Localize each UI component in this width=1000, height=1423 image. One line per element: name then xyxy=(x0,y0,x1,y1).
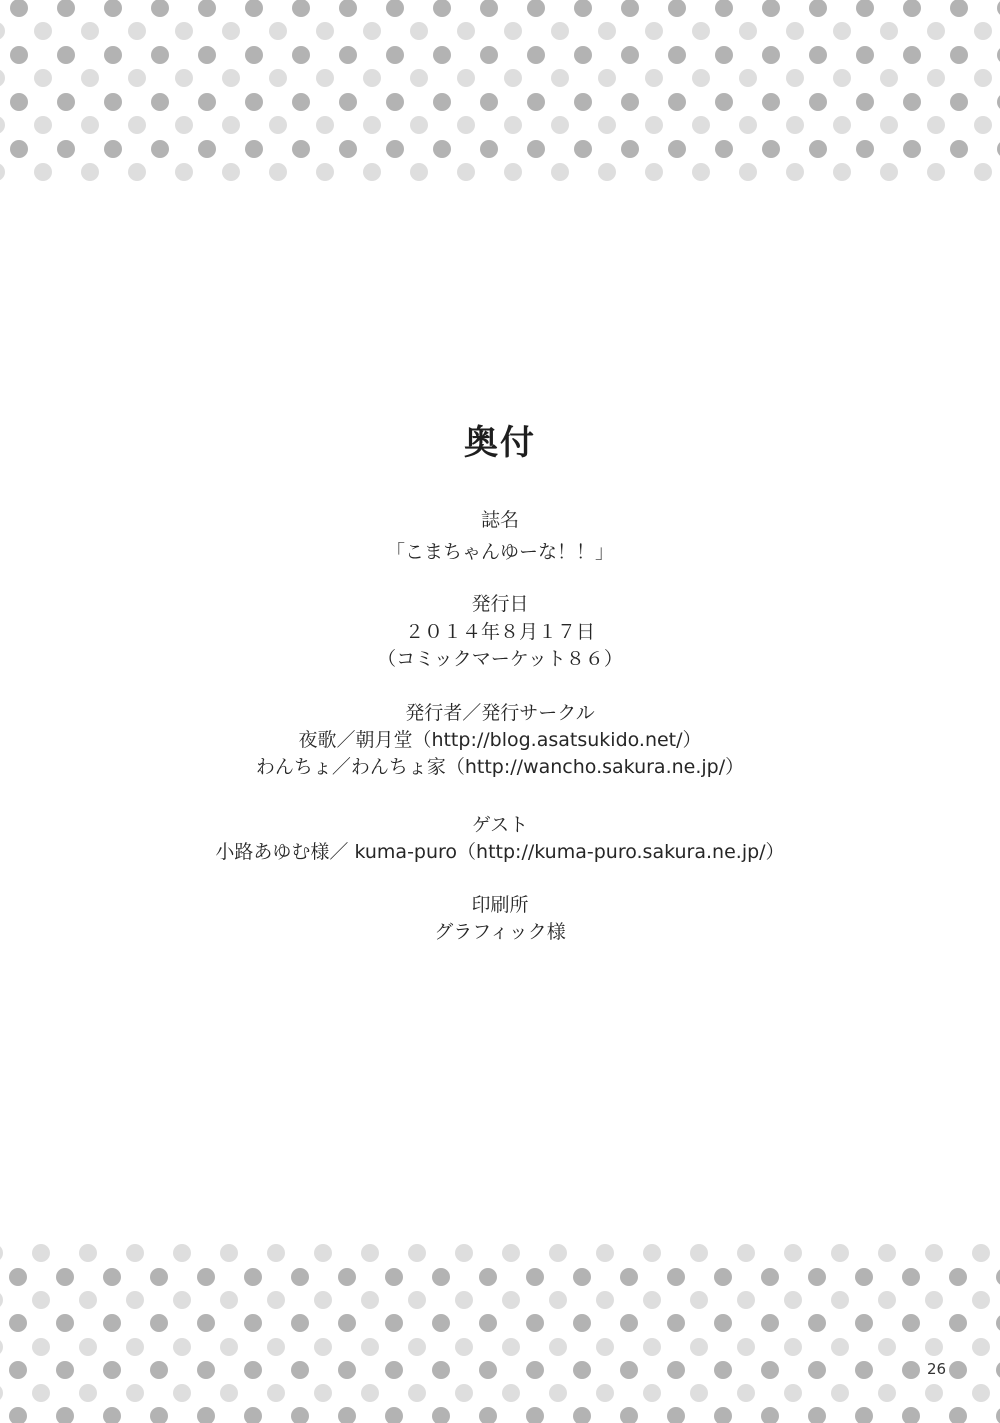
polka-dot xyxy=(150,1361,168,1379)
polka-dot xyxy=(433,0,451,17)
polka-dot xyxy=(903,0,921,17)
polka-dot xyxy=(949,1314,967,1332)
polka-dot xyxy=(596,1338,614,1356)
polka-dot xyxy=(197,1361,215,1379)
polka-dot xyxy=(502,1244,520,1262)
polka-dot xyxy=(715,93,733,111)
polka-dot xyxy=(410,69,428,87)
polka-dot xyxy=(972,1384,990,1402)
polka-dot xyxy=(880,22,898,40)
publisher-line: わんちょ／わんちょ家（http://wancho.sakura.ne.jp/） xyxy=(0,752,1000,779)
polka-dot xyxy=(925,1338,943,1356)
polka-dot xyxy=(81,69,99,87)
polka-dot xyxy=(880,163,898,181)
polka-dot xyxy=(714,1314,732,1332)
polka-dot xyxy=(668,0,686,17)
polka-dot xyxy=(0,116,5,134)
polka-dot xyxy=(126,1338,144,1356)
polka-dot xyxy=(737,1244,755,1262)
page-title: 奥付 xyxy=(0,415,1000,464)
polka-dot xyxy=(831,1291,849,1309)
polka-dot xyxy=(222,163,240,181)
polka-dot xyxy=(32,1291,50,1309)
polka-dot xyxy=(386,140,404,158)
polka-dot xyxy=(244,1361,262,1379)
polka-dot xyxy=(175,69,193,87)
polka-dot xyxy=(667,1361,685,1379)
polka-dot xyxy=(385,1407,403,1423)
polka-dot xyxy=(151,140,169,158)
polka-dot xyxy=(244,1407,262,1423)
polka-dot xyxy=(314,1384,332,1402)
polka-dot xyxy=(151,93,169,111)
polka-dot xyxy=(9,1268,27,1286)
polka-dot xyxy=(878,1384,896,1402)
polka-dot xyxy=(878,1244,896,1262)
polka-dot xyxy=(574,140,592,158)
polka-dot xyxy=(81,116,99,134)
polka-dot xyxy=(220,1338,238,1356)
polka-dot xyxy=(479,1314,497,1332)
polka-dot xyxy=(292,140,310,158)
polka-dot xyxy=(620,1314,638,1332)
polka-dot xyxy=(386,46,404,64)
polka-dot xyxy=(457,116,475,134)
polka-dot xyxy=(291,1314,309,1332)
polka-dot xyxy=(10,46,28,64)
polka-dot xyxy=(104,0,122,17)
polka-dot xyxy=(480,140,498,158)
polka-dot xyxy=(526,1361,544,1379)
polka-dot xyxy=(128,116,146,134)
polka-dot xyxy=(784,1338,802,1356)
polka-dot xyxy=(385,1268,403,1286)
polka-dot xyxy=(244,1314,262,1332)
polka-dot xyxy=(527,140,545,158)
polka-dot xyxy=(667,1407,685,1423)
polka-dot xyxy=(645,69,663,87)
polka-dot xyxy=(222,22,240,40)
polka-dot xyxy=(831,1338,849,1356)
polka-dot xyxy=(9,1361,27,1379)
polka-dot xyxy=(502,1338,520,1356)
polka-dot xyxy=(715,140,733,158)
polka-dot xyxy=(81,163,99,181)
polka-dot xyxy=(903,46,921,64)
polka-dot xyxy=(739,163,757,181)
polka-dot xyxy=(856,93,874,111)
polka-dot xyxy=(880,69,898,87)
polka-dot xyxy=(974,22,992,40)
polka-dot xyxy=(809,46,827,64)
polka-dot xyxy=(314,1291,332,1309)
polka-dot xyxy=(596,1291,614,1309)
polka-dot xyxy=(856,46,874,64)
polka-dot xyxy=(198,140,216,158)
polka-dot xyxy=(198,0,216,17)
polka-dot xyxy=(831,1384,849,1402)
polka-dot xyxy=(786,116,804,134)
polka-dot xyxy=(902,1314,920,1332)
polka-dot xyxy=(643,1291,661,1309)
polka-dot xyxy=(432,1407,450,1423)
polka-dot xyxy=(596,1244,614,1262)
polka-dot xyxy=(739,22,757,40)
polka-dot xyxy=(457,163,475,181)
polka-dot xyxy=(10,0,28,17)
polka-dot xyxy=(502,1384,520,1402)
polka-dot xyxy=(573,1268,591,1286)
polka-dot xyxy=(855,1407,873,1423)
polka-dot xyxy=(197,1407,215,1423)
polka-dot xyxy=(574,46,592,64)
polka-dot xyxy=(314,1338,332,1356)
printer-label: 印刷所 xyxy=(0,890,1000,917)
polka-dot xyxy=(925,1384,943,1402)
polka-dot xyxy=(809,140,827,158)
polka-dot xyxy=(974,69,992,87)
polka-dot xyxy=(480,93,498,111)
polka-dot xyxy=(0,1291,3,1309)
polka-dot xyxy=(598,69,616,87)
polka-dot xyxy=(57,46,75,64)
polka-dot xyxy=(56,1407,74,1423)
polka-dot xyxy=(667,1268,685,1286)
polka-dot xyxy=(950,0,968,17)
polka-dot xyxy=(432,1361,450,1379)
publisher-label: 発行者／発行サークル xyxy=(0,698,1000,725)
polka-dot xyxy=(79,1244,97,1262)
polka-dot xyxy=(151,0,169,17)
polka-dot xyxy=(10,93,28,111)
polka-dot xyxy=(950,93,968,111)
polka-dot xyxy=(855,1314,873,1332)
polka-dot xyxy=(526,1407,544,1423)
polka-dot xyxy=(104,140,122,158)
polka-dot xyxy=(433,46,451,64)
polka-dot xyxy=(339,0,357,17)
magazine-value: 「こまちゃんゆーな！！」 xyxy=(0,537,1000,564)
polka-dot xyxy=(786,69,804,87)
polka-dot xyxy=(927,22,945,40)
polka-dot xyxy=(79,1384,97,1402)
polka-dot xyxy=(972,1291,990,1309)
issue-event: （コミックマーケット８６） xyxy=(0,644,1000,671)
polka-dot xyxy=(173,1244,191,1262)
polka-dot xyxy=(198,46,216,64)
polka-dot xyxy=(856,140,874,158)
polka-dot xyxy=(81,22,99,40)
polka-dot xyxy=(668,46,686,64)
polka-dot xyxy=(527,0,545,17)
polka-dot xyxy=(996,1314,1000,1332)
polka-dot xyxy=(762,93,780,111)
polka-dot xyxy=(339,93,357,111)
polka-dot xyxy=(220,1384,238,1402)
polka-dot xyxy=(596,1384,614,1402)
polka-dot xyxy=(363,22,381,40)
polka-dot xyxy=(692,116,710,134)
polka-dot xyxy=(762,0,780,17)
polka-dot xyxy=(338,1407,356,1423)
polka-dot xyxy=(151,46,169,64)
polka-dot xyxy=(198,93,216,111)
polka-dot xyxy=(949,1407,967,1423)
polka-dot xyxy=(479,1268,497,1286)
polka-dot xyxy=(455,1244,473,1262)
polka-dot xyxy=(408,1384,426,1402)
polka-dot xyxy=(737,1384,755,1402)
polka-dot xyxy=(316,22,334,40)
polka-dot xyxy=(574,93,592,111)
polka-dot xyxy=(620,1361,638,1379)
polka-dot xyxy=(855,1361,873,1379)
polka-dot xyxy=(103,1407,121,1423)
polka-dot xyxy=(455,1384,473,1402)
polka-dot xyxy=(363,69,381,87)
polka-dot xyxy=(574,0,592,17)
polka-dot xyxy=(363,116,381,134)
polka-dot xyxy=(645,163,663,181)
polka-dot xyxy=(34,163,52,181)
polka-dot xyxy=(784,1291,802,1309)
polka-dot xyxy=(410,163,428,181)
polka-dot xyxy=(0,1244,3,1262)
polka-dot xyxy=(433,140,451,158)
polka-dot xyxy=(996,1361,1000,1379)
polka-dot xyxy=(833,69,851,87)
polka-dot xyxy=(739,69,757,87)
polka-dot xyxy=(269,116,287,134)
page-number: 26 xyxy=(925,1360,948,1378)
polka-dot xyxy=(269,69,287,87)
polka-dot xyxy=(57,140,75,158)
polka-dot xyxy=(338,1314,356,1332)
polka-dot xyxy=(833,116,851,134)
polka-dot xyxy=(878,1338,896,1356)
polka-dot xyxy=(175,22,193,40)
polka-dot xyxy=(902,1407,920,1423)
polka-dot xyxy=(526,1268,544,1286)
polka-dot xyxy=(34,69,52,87)
polka-dot xyxy=(549,1384,567,1402)
polka-dot xyxy=(0,1338,3,1356)
polka-dot xyxy=(410,22,428,40)
polka-dot xyxy=(551,69,569,87)
polka-dot xyxy=(972,1338,990,1356)
polka-dot xyxy=(551,163,569,181)
polka-dot xyxy=(551,22,569,40)
polka-dot xyxy=(690,1384,708,1402)
polka-dot xyxy=(808,1268,826,1286)
polka-dot xyxy=(339,46,357,64)
polka-dot xyxy=(667,1314,685,1332)
polka-dot xyxy=(808,1407,826,1423)
polka-dot xyxy=(455,1291,473,1309)
polka-dot xyxy=(9,1314,27,1332)
polka-dot xyxy=(808,1314,826,1332)
polka-dot xyxy=(338,1268,356,1286)
polka-dot xyxy=(316,163,334,181)
polka-dot xyxy=(128,22,146,40)
polka-dot xyxy=(809,0,827,17)
polka-dot xyxy=(925,1291,943,1309)
polka-dot xyxy=(855,1268,873,1286)
polka-dot xyxy=(57,93,75,111)
polka-dot xyxy=(432,1268,450,1286)
polka-dot xyxy=(173,1338,191,1356)
polka-dot xyxy=(292,0,310,17)
polka-dot xyxy=(386,93,404,111)
polka-dot xyxy=(0,69,5,87)
polka-dot xyxy=(974,116,992,134)
polka-dot xyxy=(79,1291,97,1309)
polka-dot xyxy=(643,1384,661,1402)
polka-dot xyxy=(220,1291,238,1309)
polka-dot xyxy=(809,93,827,111)
polka-dot xyxy=(927,116,945,134)
polka-dot xyxy=(692,163,710,181)
polka-dot xyxy=(761,1268,779,1286)
polka-dot xyxy=(173,1291,191,1309)
guest-line: 小路あゆむ様／ kuma-puro（http://kuma-puro.sakur… xyxy=(0,837,1000,864)
polka-dot xyxy=(32,1384,50,1402)
polka-dot xyxy=(173,1384,191,1402)
printer-value: グラフィック様 xyxy=(0,917,1000,944)
polka-dot xyxy=(128,69,146,87)
polka-dot xyxy=(598,116,616,134)
polka-dot xyxy=(175,163,193,181)
polka-dot-band-bottom xyxy=(0,1240,1000,1423)
polka-dot xyxy=(291,1268,309,1286)
polka-dot xyxy=(950,140,968,158)
polka-dot xyxy=(573,1314,591,1332)
polka-dot xyxy=(737,1291,755,1309)
polka-dot xyxy=(762,46,780,64)
polka-dot xyxy=(150,1407,168,1423)
polka-dot xyxy=(56,1361,74,1379)
polka-dot xyxy=(245,93,263,111)
polka-dot xyxy=(479,1407,497,1423)
polka-dot xyxy=(314,1244,332,1262)
polka-dot xyxy=(103,1268,121,1286)
polka-dot xyxy=(504,69,522,87)
polka-dot xyxy=(621,0,639,17)
polka-dot xyxy=(408,1338,426,1356)
polka-dot xyxy=(925,1244,943,1262)
polka-dot xyxy=(103,1361,121,1379)
polka-dot xyxy=(457,22,475,40)
polka-dot xyxy=(974,163,992,181)
polka-dot xyxy=(385,1314,403,1332)
polka-dot xyxy=(620,1268,638,1286)
polka-dot xyxy=(267,1338,285,1356)
polka-dot xyxy=(245,46,263,64)
polka-dot xyxy=(245,0,263,17)
polka-dot xyxy=(690,1291,708,1309)
polka-dot xyxy=(645,22,663,40)
polka-dot xyxy=(598,163,616,181)
polka-dot xyxy=(504,163,522,181)
polka-dot xyxy=(269,22,287,40)
polka-dot xyxy=(527,46,545,64)
polka-dot xyxy=(480,0,498,17)
polka-dot xyxy=(714,1361,732,1379)
polka-dot xyxy=(361,1291,379,1309)
polka-dot xyxy=(222,116,240,134)
polka-dot xyxy=(551,116,569,134)
polka-dot xyxy=(56,1268,74,1286)
polka-dot xyxy=(32,1338,50,1356)
polka-dot xyxy=(784,1244,802,1262)
polka-dot xyxy=(32,1244,50,1262)
polka-dot xyxy=(902,1268,920,1286)
polka-dot xyxy=(761,1361,779,1379)
polka-dot xyxy=(104,46,122,64)
polka-dot xyxy=(457,69,475,87)
polka-dot xyxy=(949,1361,967,1379)
polka-dot xyxy=(949,1268,967,1286)
polka-dot xyxy=(339,140,357,158)
polka-dot xyxy=(504,116,522,134)
polka-dot xyxy=(432,1314,450,1332)
polka-dot xyxy=(549,1291,567,1309)
polka-dot xyxy=(784,1384,802,1402)
polka-dot xyxy=(786,22,804,40)
polka-dot xyxy=(150,1314,168,1332)
polka-dot xyxy=(620,1407,638,1423)
polka-dot xyxy=(573,1407,591,1423)
polka-dot xyxy=(880,116,898,134)
polka-dot xyxy=(361,1384,379,1402)
polka-dot xyxy=(150,1268,168,1286)
polka-dot xyxy=(104,93,122,111)
polka-dot xyxy=(831,1244,849,1262)
polka-dot xyxy=(573,1361,591,1379)
magazine-label: 誌名 xyxy=(0,505,1000,532)
polka-dot xyxy=(714,1407,732,1423)
polka-dot xyxy=(645,116,663,134)
polka-dot xyxy=(316,69,334,87)
polka-dot xyxy=(361,1338,379,1356)
polka-dot xyxy=(408,1291,426,1309)
polka-dot xyxy=(385,1361,403,1379)
polka-dot xyxy=(267,1244,285,1262)
polka-dot xyxy=(878,1291,896,1309)
polka-dot xyxy=(621,140,639,158)
polka-dot xyxy=(927,69,945,87)
polka-dot xyxy=(128,163,146,181)
polka-dot xyxy=(408,1244,426,1262)
polka-dot xyxy=(479,1361,497,1379)
polka-dot xyxy=(126,1384,144,1402)
polka-dot xyxy=(739,116,757,134)
polka-dot xyxy=(527,93,545,111)
polka-dot xyxy=(363,163,381,181)
polka-dot xyxy=(433,93,451,111)
polka-dot xyxy=(856,0,874,17)
polka-dot xyxy=(549,1244,567,1262)
polka-dot xyxy=(786,163,804,181)
polka-dot xyxy=(690,1244,708,1262)
polka-dot xyxy=(996,1268,1000,1286)
polka-dot xyxy=(269,163,287,181)
issue-date-value: ２０１４年８月１７日 xyxy=(0,617,1000,644)
polka-dot xyxy=(56,1314,74,1332)
polka-dot xyxy=(0,22,5,40)
polka-dot xyxy=(902,1361,920,1379)
polka-dot xyxy=(643,1338,661,1356)
